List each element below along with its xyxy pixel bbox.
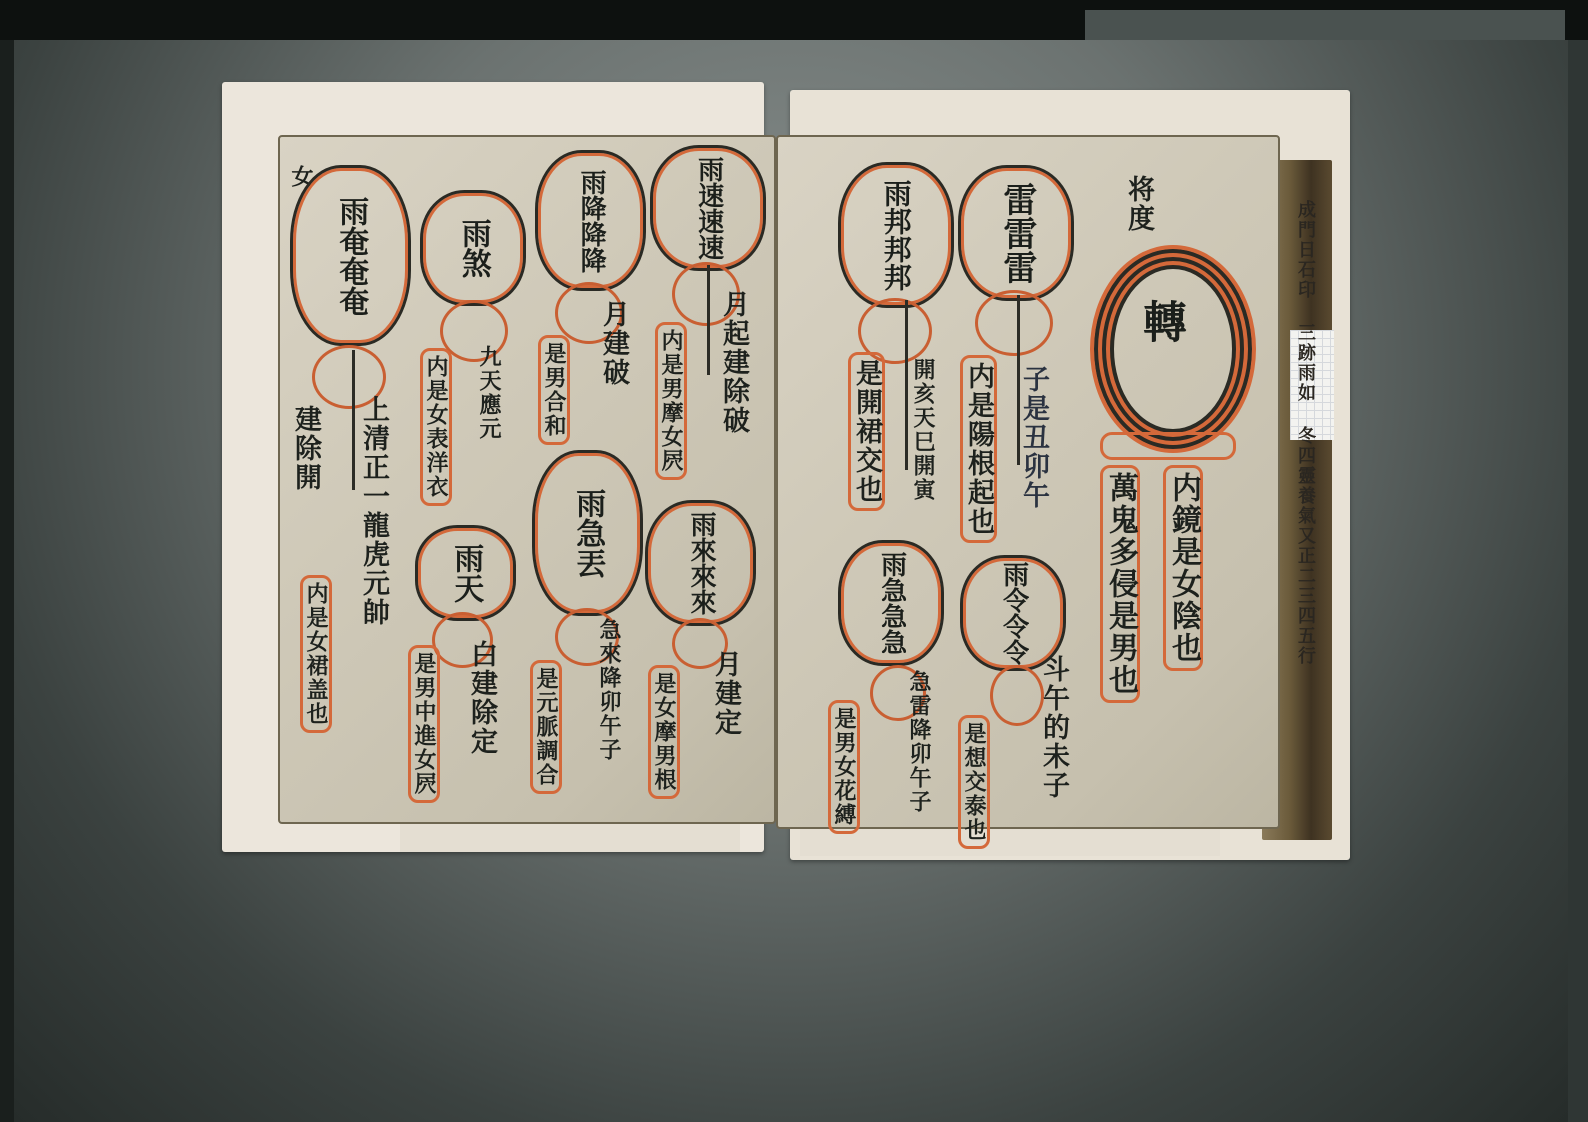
talisman-lai: 雨來來來: [645, 500, 756, 626]
text-column: 是男合和: [538, 335, 570, 445]
text-column: 萬鬼多侵是男也: [1100, 465, 1140, 703]
text-column: 急來降卯午子: [598, 618, 620, 762]
text-column: 九天應元: [478, 345, 500, 441]
talisman-stem: [707, 265, 710, 375]
text-column: 月起建除破: [720, 290, 747, 435]
scan-left-edge: [0, 40, 14, 1122]
text-column: 是開裙交也: [848, 352, 885, 511]
text-column: 白建除定: [468, 640, 495, 756]
talisman-sha: 雨煞: [420, 190, 526, 306]
text-column: 是男女花縛: [828, 700, 860, 834]
talisman-lei: 雷雷雷: [958, 165, 1074, 301]
torn-paper-edge: [800, 828, 1220, 856]
talisman-loop: [990, 665, 1044, 726]
text-column: 月建定: [712, 650, 739, 737]
torn-paper-edge: [400, 822, 740, 852]
talisman-swirl: [1100, 432, 1236, 460]
text-column: 内鏡是女陰也: [1163, 465, 1203, 671]
text-column: 内是陽根起也: [960, 355, 997, 543]
main-talisman-circle: 轉: [1090, 245, 1256, 453]
text-column: 内是女表洋衣: [420, 348, 452, 506]
talisman-loop: [975, 290, 1053, 356]
talisman-bang: 雨邦邦邦: [838, 162, 954, 308]
page-header: 将度: [1125, 175, 1152, 233]
text-column: 月建破: [600, 300, 627, 387]
text-column: 急雷降卯午子: [908, 670, 930, 814]
talisman-stem: [352, 350, 355, 490]
talisman-stem: [905, 300, 908, 470]
talisman-yan: 雨奄奄奄: [290, 165, 411, 346]
talisman-jiang: 雨降降降: [535, 150, 646, 291]
text-column: 是男中進女屄: [408, 645, 440, 803]
talisman-tian: 雨天: [415, 525, 516, 621]
text-column: 内是男摩女屄: [655, 322, 687, 480]
scanner-lid-highlight: [1085, 10, 1565, 40]
text-column: 上清正一龍虎元帥: [360, 395, 387, 627]
scan-right-edge: [1568, 40, 1588, 1122]
scanner-lid-edge: [0, 0, 1588, 40]
text-column: 内是女裙盖也: [300, 575, 332, 733]
talisman-ji-diu: 雨急丟: [532, 450, 643, 616]
text-column: 子是丑卯午: [1020, 365, 1047, 510]
text-column: 是元脈調合: [530, 660, 562, 794]
spine-text: 成門日石印 三跡雨如 冬四靈養氣又正二三四五行: [1296, 200, 1314, 666]
text-column: 開亥天巳開寅: [912, 358, 934, 502]
text-column: 斗午的未子: [1040, 655, 1067, 800]
main-talisman-glyph: 轉: [1128, 299, 1192, 343]
text-column: 是想交泰也: [958, 715, 990, 849]
talisman-ji: 雨急急急: [838, 540, 944, 666]
text-column: 建除開: [292, 405, 319, 492]
talisman-su: 雨速速速: [650, 145, 766, 271]
text-column: 是女摩男根: [648, 665, 680, 799]
talisman-ling: 雨令令令: [960, 555, 1066, 671]
